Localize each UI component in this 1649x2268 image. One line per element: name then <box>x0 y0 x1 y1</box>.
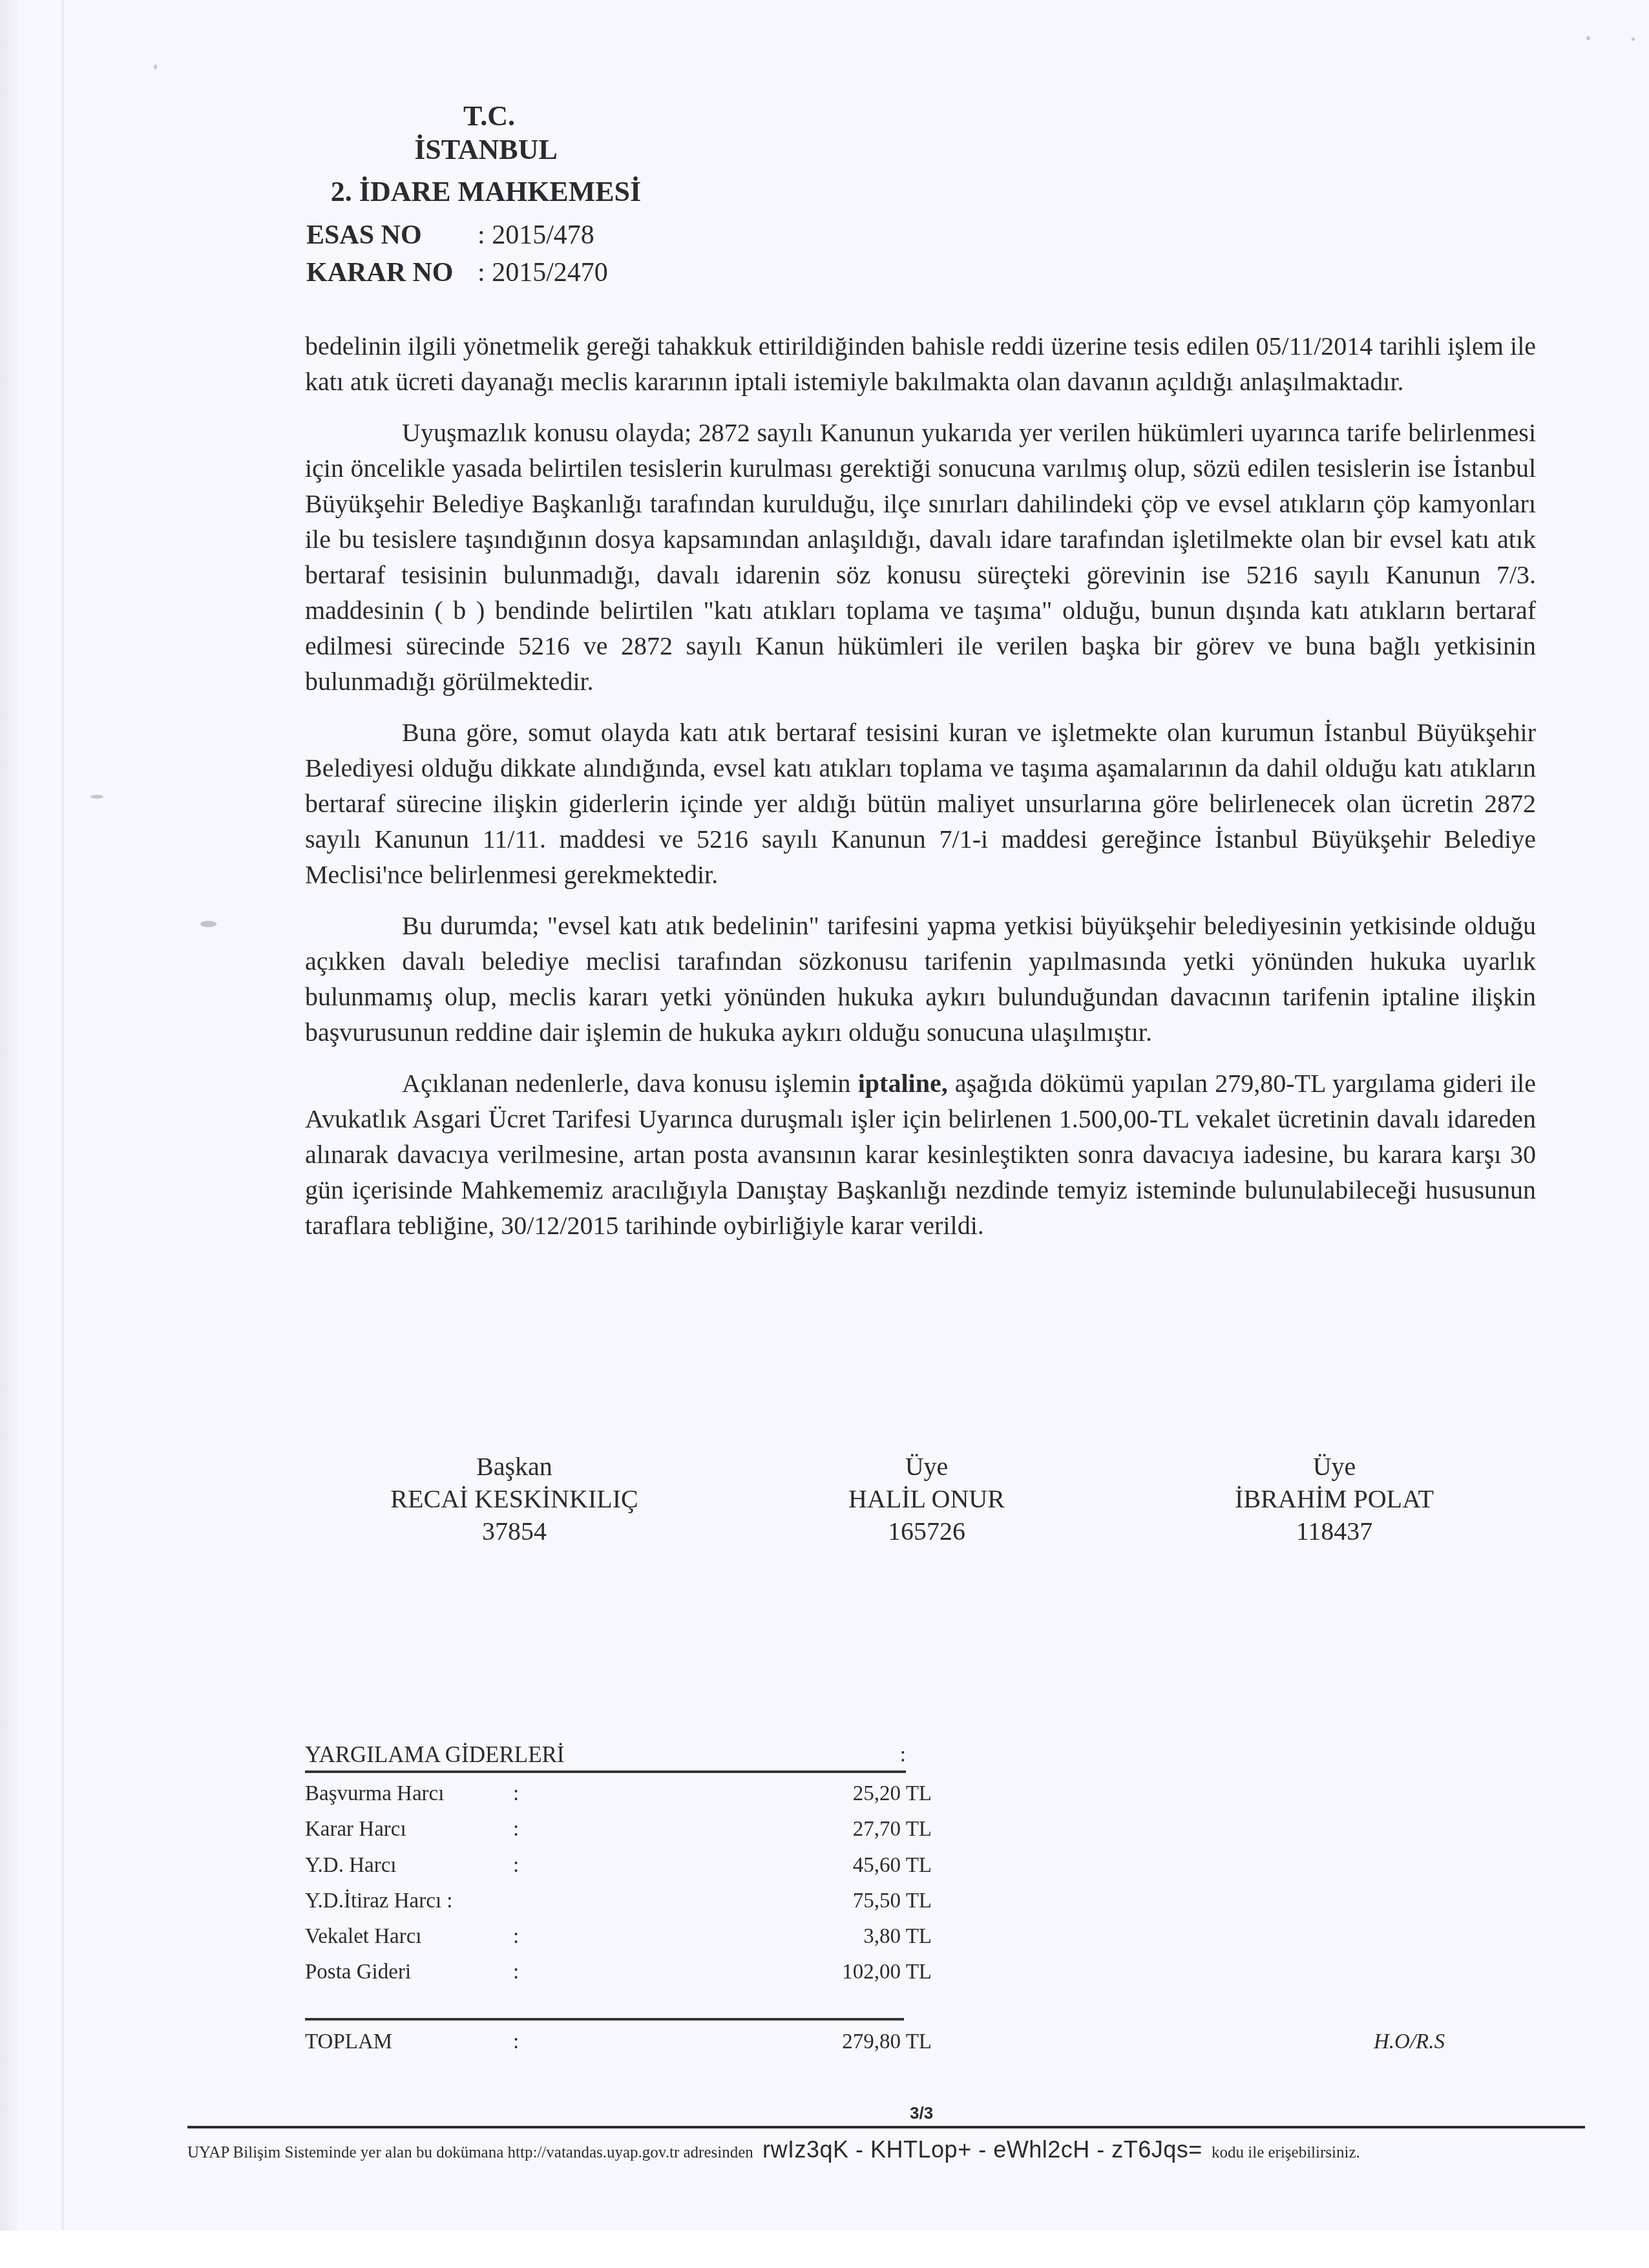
paragraph-dispute: Uyuşmazlık konusu olayda; 2872 sayılı Ka… <box>305 415 1536 699</box>
signature-number: 37854 <box>333 1515 695 1548</box>
clerk-initials: H.O/R.S <box>1374 2030 1445 2054</box>
expenses-title: YARGILAMA GİDERLERİ <box>305 1742 565 1768</box>
signature-role: Üye <box>1153 1451 1515 1483</box>
footer-divider <box>187 2126 1585 2128</box>
expense-label: Başvurma Harcı <box>305 1782 444 1806</box>
expense-row: Y.D.İtiraz Harcı :75,50 TL <box>305 1880 951 1916</box>
signature-member-1: Üye HALİL ONUR 165726 <box>746 1451 1108 1548</box>
expense-amount: 27,70 TL <box>853 1818 932 1842</box>
header-court: 2. İDARE MAHKEMESİ <box>292 178 680 206</box>
total-label: TOPLAM <box>305 2030 392 2054</box>
esas-no-value: : 2015/478 <box>478 220 594 250</box>
expense-colon: : <box>513 1782 519 1806</box>
expense-colon: : <box>513 1854 519 1878</box>
signature-role: Üye <box>746 1451 1108 1483</box>
footer-verification: UYAP Bilişim Sisteminde yer alan bu dokü… <box>187 2136 1586 2163</box>
paragraph-intro: bedelinin ilgili yönetmelik gereği tahak… <box>305 328 1536 399</box>
scan-bottom-margin <box>0 2231 1649 2268</box>
expense-amount: 3,80 TL <box>863 1925 932 1949</box>
expense-amount: 45,60 TL <box>853 1854 932 1878</box>
signature-name: HALİL ONUR <box>746 1483 1108 1515</box>
expense-label: Y.D. Harcı <box>305 1854 396 1878</box>
scan-speck <box>1586 36 1590 40</box>
page-number: 3/3 <box>910 2103 933 2123</box>
signature-number: 118437 <box>1153 1515 1515 1548</box>
signature-president: Başkan RECAİ KESKİNKILIÇ 37854 <box>333 1451 695 1548</box>
karar-no-row: KARAR NO: 2015/2470 <box>306 257 608 288</box>
verification-code: rwIz3qK - KHTLop+ - eWhl2cH - zT6Jqs= <box>762 2136 1203 2163</box>
expenses-table: YARGILAMA GİDERLERİ : Başvurma Harcı:25,… <box>305 1742 951 1988</box>
expense-colon: : <box>513 1960 519 1984</box>
expense-label: Posta Gideri <box>305 1960 411 1984</box>
total-divider <box>305 2018 904 2021</box>
expense-row: Başvurma Harcı:25,20 TL <box>305 1773 951 1809</box>
expense-label: Karar Harcı <box>305 1818 406 1842</box>
scan-page-edge <box>0 0 18 2268</box>
expenses-total-row: TOPLAM : 279,80 TL <box>305 2030 951 2059</box>
expense-row: Y.D. Harcı:45,60 TL <box>305 1845 951 1880</box>
signature-number: 165726 <box>746 1515 1108 1548</box>
expense-colon: : <box>513 1818 519 1842</box>
paragraph-ruling: Açıklanan nedenlerle, dava konusu işlemi… <box>305 1066 1536 1243</box>
ruling-text-bold: iptaline, <box>858 1069 948 1098</box>
karar-no-label: KARAR NO <box>306 257 478 288</box>
expense-row: Posta Gideri:102,00 TL <box>305 1951 951 1987</box>
ruling-text-before: Açıklanan nedenlerle, dava konusu işlemi… <box>402 1069 858 1098</box>
expenses-header: YARGILAMA GİDERLERİ : <box>305 1742 906 1773</box>
scan-speck <box>90 795 103 799</box>
expenses-title-colon: : <box>900 1743 906 1767</box>
footer-text-before: UYAP Bilişim Sisteminde yer alan bu dokü… <box>187 2144 753 2161</box>
expense-colon: : <box>513 1925 519 1949</box>
header-country: T.C. <box>295 102 683 131</box>
esas-no-row: ESAS NO: 2015/478 <box>306 220 594 251</box>
paragraph-conclusion: Bu durumda; "evsel katı atık bedelinin" … <box>305 908 1536 1050</box>
karar-no-value: : 2015/2470 <box>478 258 608 288</box>
scan-speck <box>1632 37 1635 41</box>
signature-name: RECAİ KESKİNKILIÇ <box>333 1483 695 1515</box>
expense-label: Y.D.İtiraz Harcı : <box>305 1889 452 1913</box>
expense-label: Vekalet Harcı <box>305 1925 422 1949</box>
expense-amount: 102,00 TL <box>842 1960 932 1984</box>
scan-speck <box>200 921 216 927</box>
decision-body: bedelinin ilgili yönetmelik gereği tahak… <box>305 328 1536 1259</box>
total-colon: : <box>513 2030 519 2054</box>
scan-speck <box>154 65 157 69</box>
signature-name: İBRAHİM POLAT <box>1153 1483 1515 1515</box>
scan-fold-shadow <box>61 0 64 2268</box>
expense-row: Vekalet Harcı:3,80 TL <box>305 1916 951 1951</box>
paragraph-accordingly: Buna göre, somut olayda katı atık bertar… <box>305 715 1536 892</box>
signature-member-2: Üye İBRAHİM POLAT 118437 <box>1153 1451 1515 1548</box>
total-amount: 279,80 TL <box>842 2030 932 2054</box>
expense-amount: 75,50 TL <box>853 1889 932 1913</box>
header-city: İSTANBUL <box>292 136 680 164</box>
expense-row: Karar Harcı:27,70 TL <box>305 1809 951 1844</box>
expense-amount: 25,20 TL <box>853 1782 932 1806</box>
esas-no-label: ESAS NO <box>306 220 478 251</box>
signature-role: Başkan <box>333 1451 695 1483</box>
footer-text-after: kodu ile erişebilirsiniz. <box>1212 2144 1360 2161</box>
